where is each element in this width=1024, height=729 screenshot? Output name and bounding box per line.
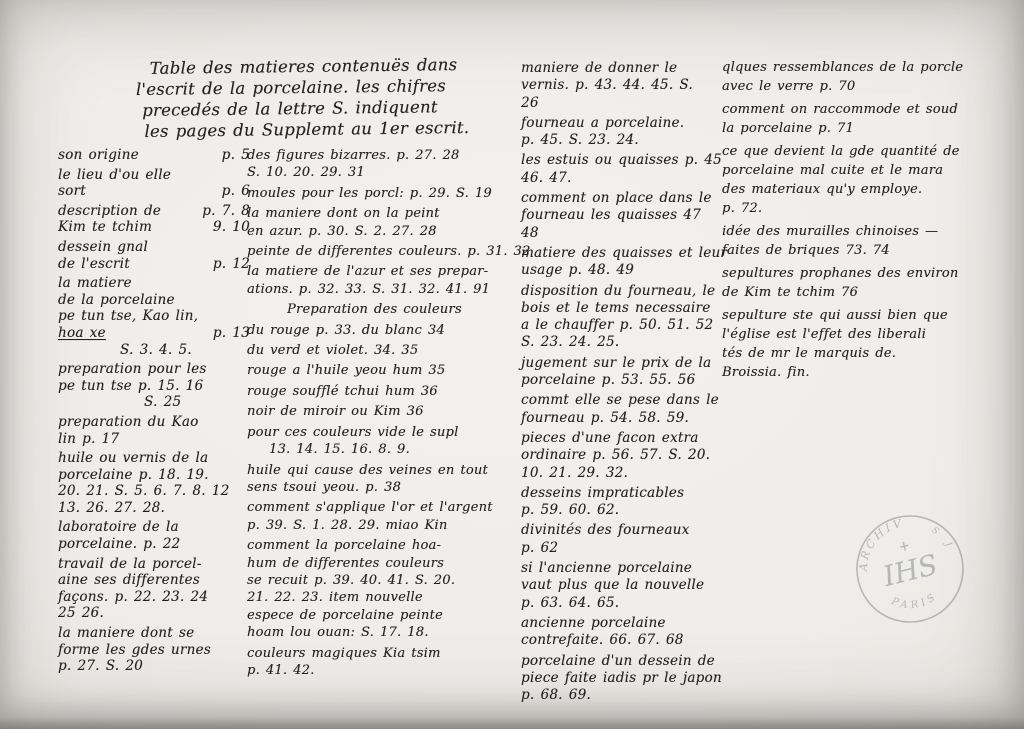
toc-line: preparation du Kao xyxy=(58,414,250,431)
toc-line: en azur. p. 30. S. 2. 27. 28 xyxy=(247,223,485,240)
entry-text: de la porcelaine xyxy=(58,292,175,309)
toc-line: porcelaine d'un dessein de xyxy=(521,653,753,670)
toc-line: comment s'applique l'or et l'argent xyxy=(247,499,485,516)
toc-entry: les estuis ou quaisses p. 4546. 47. xyxy=(521,152,753,187)
entry-text: comment s'applique l'or et l'argent xyxy=(247,499,493,516)
entry-text: p. 72. xyxy=(722,199,762,218)
entry-text: p. 63. 64. 65. xyxy=(521,595,619,612)
entry-text: si l'ancienne porcelaine xyxy=(521,560,692,577)
entry-text: pe tun tse p. 15. 16 xyxy=(58,378,203,395)
entry-text: disposition du fourneau, le xyxy=(521,283,715,300)
entry-text: comment la porcelaine hoa- xyxy=(247,537,441,554)
toc-line: a le chauffer p. 50. 51. 52 xyxy=(521,317,753,334)
toc-entry: maniere de donner levernis. p. 43. 44. 4… xyxy=(521,60,753,112)
page-ref: p. 7. 8 xyxy=(194,203,250,220)
entry-text: de l'escrit xyxy=(58,256,130,273)
toc-entry: idée des murailles chinoises —faites de … xyxy=(722,222,976,260)
entry-text: la maniere dont se xyxy=(58,625,194,642)
page-ref: 9. 10 xyxy=(205,219,250,236)
toc-entry: dessein gnalde l'escritp. 12 xyxy=(58,239,250,272)
toc-line: rouge soufflé tchui hum 36 xyxy=(247,383,485,400)
entry-text: p. 59. 60. 62. xyxy=(521,502,619,519)
entry-text: sort xyxy=(58,183,86,200)
entry-text: pour ces couleurs vide le supl xyxy=(247,424,459,441)
toc-line: des materiaux qu'y employe. xyxy=(722,180,976,199)
entry-text: desseins impraticables xyxy=(521,485,684,502)
toc-line: divinités des fourneaux xyxy=(521,522,753,539)
toc-entry: si l'ancienne porcelainevaut plus que la… xyxy=(521,560,753,612)
toc-entry: ancienne porcelainecontrefaite. 66. 67. … xyxy=(521,615,753,650)
entry-text: p. 41. 42. xyxy=(247,662,315,679)
entry-text: contrefaite. 66. 67. 68 xyxy=(521,632,684,649)
entry-text: huile qui cause des veines en tout xyxy=(247,462,488,479)
entry-text: S. 23. 24. 25. xyxy=(521,334,619,351)
toc-entry: comment on raccommode et soudla porcelai… xyxy=(722,100,976,138)
entry-text: fourneau p. 54. 58. 59. xyxy=(521,410,689,427)
entry-text: peinte de differentes couleurs. p. 31. 3… xyxy=(247,243,531,260)
toc-entry: la matiere de l'azur et ses prepar-ation… xyxy=(247,263,485,298)
entry-text: du verd et violet. 34. 35 xyxy=(247,342,418,359)
toc-entry: couleurs magiques Kia tsimp. 41. 42. xyxy=(247,645,485,680)
entry-text: 10. 21. 29. 32. xyxy=(521,465,628,482)
toc-line: hoa xep. 13 xyxy=(58,325,250,342)
toc-entry: rouge soufflé tchui hum 36 xyxy=(247,383,485,400)
entry-text: 26 xyxy=(521,95,539,112)
entry-text: moules pour les porcl: p. 29. S. 19 xyxy=(247,185,492,202)
toc-line: travail de la porcel- xyxy=(58,556,250,573)
toc-entry: du verd et violet. 34. 35 xyxy=(247,342,485,359)
entry-text: couleurs magiques Kia tsim xyxy=(247,645,441,662)
entry-text: sepulture ste qui aussi bien que xyxy=(722,306,948,325)
entry-text: la matiere xyxy=(58,275,132,292)
toc-line: 13. 26. 27. 28. xyxy=(58,500,250,517)
toc-line: usage p. 48. 49 xyxy=(521,262,753,279)
toc-line: la maniere dont se xyxy=(58,625,250,642)
toc-line: comment on raccommode et soud xyxy=(722,100,976,119)
manuscript-page: Table des matieres contenuës dansl'escri… xyxy=(0,0,1024,729)
toc-line: moules pour les porcl: p. 29. S. 19 xyxy=(247,185,485,202)
toc-line: vernis. p. 43. 44. 45. S. xyxy=(521,77,753,94)
entry-text: hoa xe xyxy=(58,325,106,342)
toc-line: desseins impraticables xyxy=(521,485,753,502)
entry-text: ce que devient la gde quantité de xyxy=(722,142,960,161)
toc-entry: preparation pour lespe tun tse p. 15. 16… xyxy=(58,361,250,411)
entry-text: bois et le tems necessaire xyxy=(521,300,710,317)
toc-entry: moules pour les porcl: p. 29. S. 19 xyxy=(247,185,485,202)
toc-line: porcelaine mal cuite et le mara xyxy=(722,161,976,180)
toc-line: sortp. 6 xyxy=(58,183,250,200)
entry-text: 13. 14. 15. 16. 8. 9. xyxy=(269,441,410,458)
entry-text: aine ses differentes xyxy=(58,572,200,589)
entry-text: en azur. p. 30. S. 2. 27. 28 xyxy=(247,223,437,240)
toc-line: p. 59. 60. 62. xyxy=(521,502,753,519)
toc-line: p. 45. S. 23. 24. xyxy=(521,132,753,149)
toc-entry: description dep. 7. 8Kim te tchim9. 10 xyxy=(58,203,250,236)
toc-line: hum de differentes couleurs xyxy=(247,555,485,572)
toc-entry: son originep. 5 xyxy=(58,147,250,164)
toc-line: pieces d'une facon extra xyxy=(521,430,753,447)
toc-line: les estuis ou quaisses p. 45 xyxy=(521,152,753,169)
entry-text: ancienne porcelaine xyxy=(521,615,666,632)
toc-line: 46. 47. xyxy=(521,170,753,187)
entry-text: ations. p. 32. 33. S. 31. 32. 41. 91 xyxy=(247,281,490,298)
page-ref: p. 6 xyxy=(214,183,250,200)
toc-entry: du rouge p. 33. du blanc 34 xyxy=(247,322,485,339)
entry-text: noir de miroir ou Kim 36 xyxy=(247,403,424,420)
toc-line: 21. 22. 23. item nouvelle xyxy=(247,589,485,606)
toc-line: espece de porcelaine peinte xyxy=(247,607,485,624)
toc-line: de Kim te tchim 76 xyxy=(722,283,976,302)
toc-line: S. 25 xyxy=(58,394,250,411)
toc-line: dessein gnal xyxy=(58,239,250,256)
toc-line: la matiere xyxy=(58,275,250,292)
toc-line: disposition du fourneau, le xyxy=(521,283,753,300)
toc-line: pour ces couleurs vide le supl xyxy=(247,424,485,441)
toc-line: 48 xyxy=(521,225,753,242)
toc-line: p. 62 xyxy=(521,540,753,557)
toc-line: porcelaine p. 53. 55. 56 xyxy=(521,372,753,389)
entry-text: comment on place dans le xyxy=(521,190,712,207)
toc-entry: sepulture ste qui aussi bien quel'église… xyxy=(722,306,976,382)
toc-line: sens tsoui yeou. p. 38 xyxy=(247,479,485,496)
toc-line: pe tun tse p. 15. 16 xyxy=(58,378,250,395)
entry-text: p. 45. S. 23. 24. xyxy=(521,132,639,149)
entry-text: de Kim te tchim 76 xyxy=(722,283,858,302)
toc-line: 13. 14. 15. 16. 8. 9. xyxy=(247,441,485,458)
toc-line: le lieu d'ou elle xyxy=(58,167,250,184)
toc-line: S. 23. 24. 25. xyxy=(521,334,753,351)
toc-line: du rouge p. 33. du blanc 34 xyxy=(247,322,485,339)
entry-text: 48 xyxy=(521,225,539,242)
entry-text: travail de la porcel- xyxy=(58,556,202,573)
toc-entry: comment s'applique l'or et l'argentp. 39… xyxy=(247,499,485,534)
entry-text: S. 10. 20. 29. 31 xyxy=(247,164,365,181)
toc-line: laboratoire de la xyxy=(58,519,250,536)
toc-line: la porcelaine p. 71 xyxy=(722,119,976,138)
entry-text: des materiaux qu'y employe. xyxy=(722,180,922,199)
entry-text: espece de porcelaine peinte xyxy=(247,607,443,624)
entry-text: qlques ressemblances de la porcle xyxy=(722,58,963,77)
toc-line: noir de miroir ou Kim 36 xyxy=(247,403,485,420)
entry-text: les estuis ou quaisses p. 45 xyxy=(521,152,722,169)
entry-text: l'église est l'effet des liberali xyxy=(722,325,926,344)
entry-text: preparation pour les xyxy=(58,361,207,378)
toc-line: description dep. 7. 8 xyxy=(58,203,250,220)
toc-entry: pour ces couleurs vide le supl13. 14. 15… xyxy=(247,424,485,459)
toc-entry: laboratoire de laporcelaine. p. 22 xyxy=(58,519,250,552)
toc-entry: porcelaine d'un dessein depiece faite ia… xyxy=(521,653,753,705)
toc-entry: le lieu d'ou ellesortp. 6 xyxy=(58,167,250,200)
toc-line: vaut plus que la nouvelle xyxy=(521,577,753,594)
toc-entry: desseins impraticablesp. 59. 60. 62. xyxy=(521,485,753,520)
toc-line: huile ou vernis de la xyxy=(58,450,250,467)
toc-line: porcelaine p. 18. 19. xyxy=(58,467,250,484)
entry-text: son origine xyxy=(58,147,139,164)
entry-text: preparation du Kao xyxy=(58,414,199,431)
toc-line: fourneau p. 54. 58. 59. xyxy=(521,410,753,427)
entry-text: sens tsoui yeou. p. 38 xyxy=(247,479,401,496)
entry-text: piece faite iadis pr le japon xyxy=(521,670,722,687)
toc-line: couleurs magiques Kia tsim xyxy=(247,645,485,662)
toc-line: ations. p. 32. 33. S. 31. 32. 41. 91 xyxy=(247,281,485,298)
entry-text: jugement sur le prix de la xyxy=(521,355,711,372)
toc-line: bois et le tems necessaire xyxy=(521,300,753,317)
entry-text: façons. p. 22. 23. 24 xyxy=(58,589,208,606)
toc-entry: divinités des fourneauxp. 62 xyxy=(521,522,753,557)
entry-text: usage p. 48. 49 xyxy=(521,262,634,279)
entry-text: S. 25 xyxy=(144,394,181,411)
entry-text: porcelaine p. 53. 55. 56 xyxy=(521,372,695,389)
cross-icon xyxy=(899,541,909,552)
toc-entry: des figures bizarres. p. 27. 28S. 10. 20… xyxy=(247,147,485,182)
entry-text: hum de differentes couleurs xyxy=(247,555,444,572)
toc-line: commt elle se pese dans le xyxy=(521,392,753,409)
entry-text: 25 26. xyxy=(58,605,104,622)
archive-stamp: ARCHIV S J PARIS IHS xyxy=(845,510,975,632)
toc-line: la maniere dont on la peint xyxy=(247,205,485,222)
toc-line: p. 68. 69. xyxy=(521,687,753,704)
entry-text: fourneau a porcelaine. xyxy=(521,115,684,132)
toc-line: p. 63. 64. 65. xyxy=(521,595,753,612)
toc-entry: travail de la porcel-aine ses differente… xyxy=(58,556,250,622)
entry-text: divinités des fourneaux xyxy=(521,522,689,539)
toc-line: preparation pour les xyxy=(58,361,250,378)
toc-entry: ce que devient la gde quantité deporcela… xyxy=(722,142,976,218)
toc-entry: comment on place dans lefourneau les qua… xyxy=(521,190,753,242)
entry-text: faites de briques 73. 74 xyxy=(722,241,890,260)
column-2: des figures bizarres. p. 27. 28S. 10. 20… xyxy=(247,147,485,682)
toc-line: aine ses differentes xyxy=(58,572,250,589)
entry-text: pe tun tse, Kao lin, xyxy=(58,308,198,325)
toc-line: sepultures prophanes des environ xyxy=(722,264,976,283)
toc-entry: sepultures prophanes des environde Kim t… xyxy=(722,264,976,302)
toc-entry: peinte de differentes couleurs. p. 31. 3… xyxy=(247,243,485,260)
entry-text: Preparation des couleurs xyxy=(287,301,462,318)
toc-line: p. 39. S. 1. 28. 29. miao Kin xyxy=(247,517,485,534)
entry-text: lin p. 17 xyxy=(58,431,119,448)
entry-text: 21. 22. 23. item nouvelle xyxy=(247,589,423,606)
entry-text: S. 3. 4. 5. xyxy=(120,342,192,359)
toc-line: sepulture ste qui aussi bien que xyxy=(722,306,976,325)
title-line: les pages du Supplemt au 1er escrit. xyxy=(128,117,469,142)
toc-line: faites de briques 73. 74 xyxy=(722,241,976,260)
toc-line: Broissia. fin. xyxy=(722,363,976,382)
entry-text: tés de mr le marquis de. xyxy=(722,344,896,363)
entry-text: idée des murailles chinoises — xyxy=(722,222,938,241)
entry-text: Broissia. fin. xyxy=(722,363,810,382)
toc-line: des figures bizarres. p. 27. 28 xyxy=(247,147,485,164)
entry-text: du rouge p. 33. du blanc 34 xyxy=(247,322,445,339)
toc-line: fourneau a porcelaine. xyxy=(521,115,753,132)
toc-line: avec le verre p. 70 xyxy=(722,77,976,96)
page-ref: p. 5 xyxy=(214,147,250,164)
entry-text: la porcelaine p. 71 xyxy=(722,119,854,138)
toc-line: S. 10. 20. 29. 31 xyxy=(247,164,485,181)
entry-text: porcelaine. p. 22 xyxy=(58,536,180,553)
toc-line: porcelaine. p. 22 xyxy=(58,536,250,553)
entry-text: porcelaine d'un dessein de xyxy=(521,653,715,670)
entry-text: a le chauffer p. 50. 51. 52 xyxy=(521,317,713,334)
entry-text: 46. 47. xyxy=(521,170,571,187)
entry-text: porcelaine mal cuite et le mara xyxy=(722,161,943,180)
toc-line: p. 72. xyxy=(722,199,976,218)
toc-line: 26 xyxy=(521,95,753,112)
toc-entry: huile qui cause des veines en toutsens t… xyxy=(247,462,485,497)
toc-line: tés de mr le marquis de. xyxy=(722,344,976,363)
entry-text: fourneau les quaisses 47 xyxy=(521,207,701,224)
toc-line: ancienne porcelaine xyxy=(521,615,753,632)
toc-line: de l'escritp. 12 xyxy=(58,256,250,273)
toc-entry: rouge a l'huile yeou hum 35 xyxy=(247,362,485,379)
toc-line: l'église est l'effet des liberali xyxy=(722,325,976,344)
entry-text: 20. 21. S. 5. 6. 7. 8. 12 xyxy=(58,483,230,500)
entry-text: des figures bizarres. p. 27. 28 xyxy=(247,147,460,164)
entry-text: p. 39. S. 1. 28. 29. miao Kin xyxy=(247,517,447,534)
toc-entry: preparation du Kaolin p. 17 xyxy=(58,414,250,447)
toc-line: la matiere de l'azur et ses prepar- xyxy=(247,263,485,280)
toc-entry: huile ou vernis de laporcelaine p. 18. 1… xyxy=(58,450,250,516)
toc-entry: la maniere dont seforme les gdes urnesp.… xyxy=(58,625,250,675)
toc-line: du verd et violet. 34. 35 xyxy=(247,342,485,359)
toc-entry: Preparation des couleurs xyxy=(247,301,485,318)
entry-text: laboratoire de la xyxy=(58,519,179,536)
entry-text: comment on raccommode et soud xyxy=(722,100,958,119)
entry-text: hoam lou ouan: S. 17. 18. xyxy=(247,624,429,641)
toc-line: si l'ancienne porcelaine xyxy=(521,560,753,577)
column-4: qlques ressemblances de la porcleavec le… xyxy=(722,58,976,386)
toc-entry: comment la porcelaine hoa-hum de differe… xyxy=(247,537,485,641)
toc-line: maniere de donner le xyxy=(521,60,753,77)
toc-line: ordinaire p. 56. 57. S. 20. xyxy=(521,447,753,464)
entry-text: Kim te tchim xyxy=(58,219,152,236)
entry-text: rouge a l'huile yeou hum 35 xyxy=(247,362,445,379)
toc-entry: noir de miroir ou Kim 36 xyxy=(247,403,485,420)
toc-entry: pieces d'une facon extraordinaire p. 56.… xyxy=(521,430,753,482)
entry-text: matiere des quaisses et leur xyxy=(521,245,727,262)
toc-entry: la matierede la porcelainepe tun tse, Ka… xyxy=(58,275,250,358)
entry-text: 13. 26. 27. 28. xyxy=(58,500,165,517)
entry-text: huile ou vernis de la xyxy=(58,450,208,467)
entry-text: rouge soufflé tchui hum 36 xyxy=(247,383,438,400)
toc-line: 25 26. xyxy=(58,605,250,622)
entry-text: porcelaine p. 18. 19. xyxy=(58,467,209,484)
toc-entry: commt elle se pese dans lefourneau p. 54… xyxy=(521,392,753,427)
entry-text: dessein gnal xyxy=(58,239,148,256)
entry-text: sepultures prophanes des environ xyxy=(722,264,959,283)
toc-line: se recuit p. 39. 40. 41. S. 20. xyxy=(247,572,485,589)
toc-line: hoam lou ouan: S. 17. 18. xyxy=(247,624,485,641)
title-block: Table des matieres contenuës dansl'escri… xyxy=(127,54,469,142)
entry-text: vaut plus que la nouvelle xyxy=(521,577,704,594)
entry-text: la matiere de l'azur et ses prepar- xyxy=(247,263,488,280)
toc-line: piece faite iadis pr le japon xyxy=(521,670,753,687)
toc-line: 10. 21. 29. 32. xyxy=(521,465,753,482)
entry-text: description de xyxy=(58,203,161,220)
toc-entry: jugement sur le prix de laporcelaine p. … xyxy=(521,355,753,390)
entry-text: maniere de donner le xyxy=(521,60,677,77)
toc-line: peinte de differentes couleurs. p. 31. 3… xyxy=(247,243,485,260)
page-ref: p. 13 xyxy=(205,325,250,342)
toc-line: 20. 21. S. 5. 6. 7. 8. 12 xyxy=(58,483,250,500)
toc-entry: fourneau a porcelaine.p. 45. S. 23. 24. xyxy=(521,115,753,150)
entry-text: se recuit p. 39. 40. 41. S. 20. xyxy=(247,572,455,589)
toc-entry: disposition du fourneau, lebois et le te… xyxy=(521,283,753,352)
toc-line: son originep. 5 xyxy=(58,147,250,164)
entry-text: pieces d'une facon extra xyxy=(521,430,699,447)
entry-text: p. 27. S. 20 xyxy=(58,658,143,675)
toc-line: comment la porcelaine hoa- xyxy=(247,537,485,554)
toc-line: idée des murailles chinoises — xyxy=(722,222,976,241)
toc-line: huile qui cause des veines en tout xyxy=(247,462,485,479)
toc-line: lin p. 17 xyxy=(58,431,250,448)
toc-line: contrefaite. 66. 67. 68 xyxy=(521,632,753,649)
toc-line: de la porcelaine xyxy=(58,292,250,309)
toc-line: fourneau les quaisses 47 xyxy=(521,207,753,224)
toc-line: p. 27. S. 20 xyxy=(58,658,250,675)
toc-line: pe tun tse, Kao lin, xyxy=(58,308,250,325)
entry-text: ordinaire p. 56. 57. S. 20. xyxy=(521,447,710,464)
toc-line: S. 3. 4. 5. xyxy=(58,342,250,359)
entry-text: vernis. p. 43. 44. 45. S. xyxy=(521,77,693,94)
toc-entry: qlques ressemblances de la porcleavec le… xyxy=(722,58,976,96)
entry-text: p. 62 xyxy=(521,540,558,557)
toc-line: jugement sur le prix de la xyxy=(521,355,753,372)
entry-text: la maniere dont on la peint xyxy=(247,205,440,222)
column-3: maniere de donner levernis. p. 43. 44. 4… xyxy=(521,60,753,707)
toc-line: Kim te tchim9. 10 xyxy=(58,219,250,236)
entry-text: commt elle se pese dans le xyxy=(521,392,719,409)
entry-text: p. 68. 69. xyxy=(521,687,591,704)
entry-text: avec le verre p. 70 xyxy=(722,77,855,96)
toc-line: comment on place dans le xyxy=(521,190,753,207)
toc-line: p. 41. 42. xyxy=(247,662,485,679)
column-1: son originep. 5le lieu d'ou ellesortp. 6… xyxy=(58,147,250,678)
toc-line: forme les gdes urnes xyxy=(58,642,250,659)
toc-entry: matiere des quaisses et leurusage p. 48.… xyxy=(521,245,753,280)
page-ref: p. 12 xyxy=(205,256,250,273)
toc-line: ce que devient la gde quantité de xyxy=(722,142,976,161)
toc-line: matiere des quaisses et leur xyxy=(521,245,753,262)
entry-text: le lieu d'ou elle xyxy=(58,167,171,184)
toc-line: rouge a l'huile yeou hum 35 xyxy=(247,362,485,379)
toc-entry: la maniere dont on la peinten azur. p. 3… xyxy=(247,205,485,240)
stamp-monogram: IHS xyxy=(879,548,941,593)
toc-line: façons. p. 22. 23. 24 xyxy=(58,589,250,606)
entry-text: forme les gdes urnes xyxy=(58,642,211,659)
toc-line: Preparation des couleurs xyxy=(247,301,485,318)
toc-line: qlques ressemblances de la porcle xyxy=(722,58,976,77)
